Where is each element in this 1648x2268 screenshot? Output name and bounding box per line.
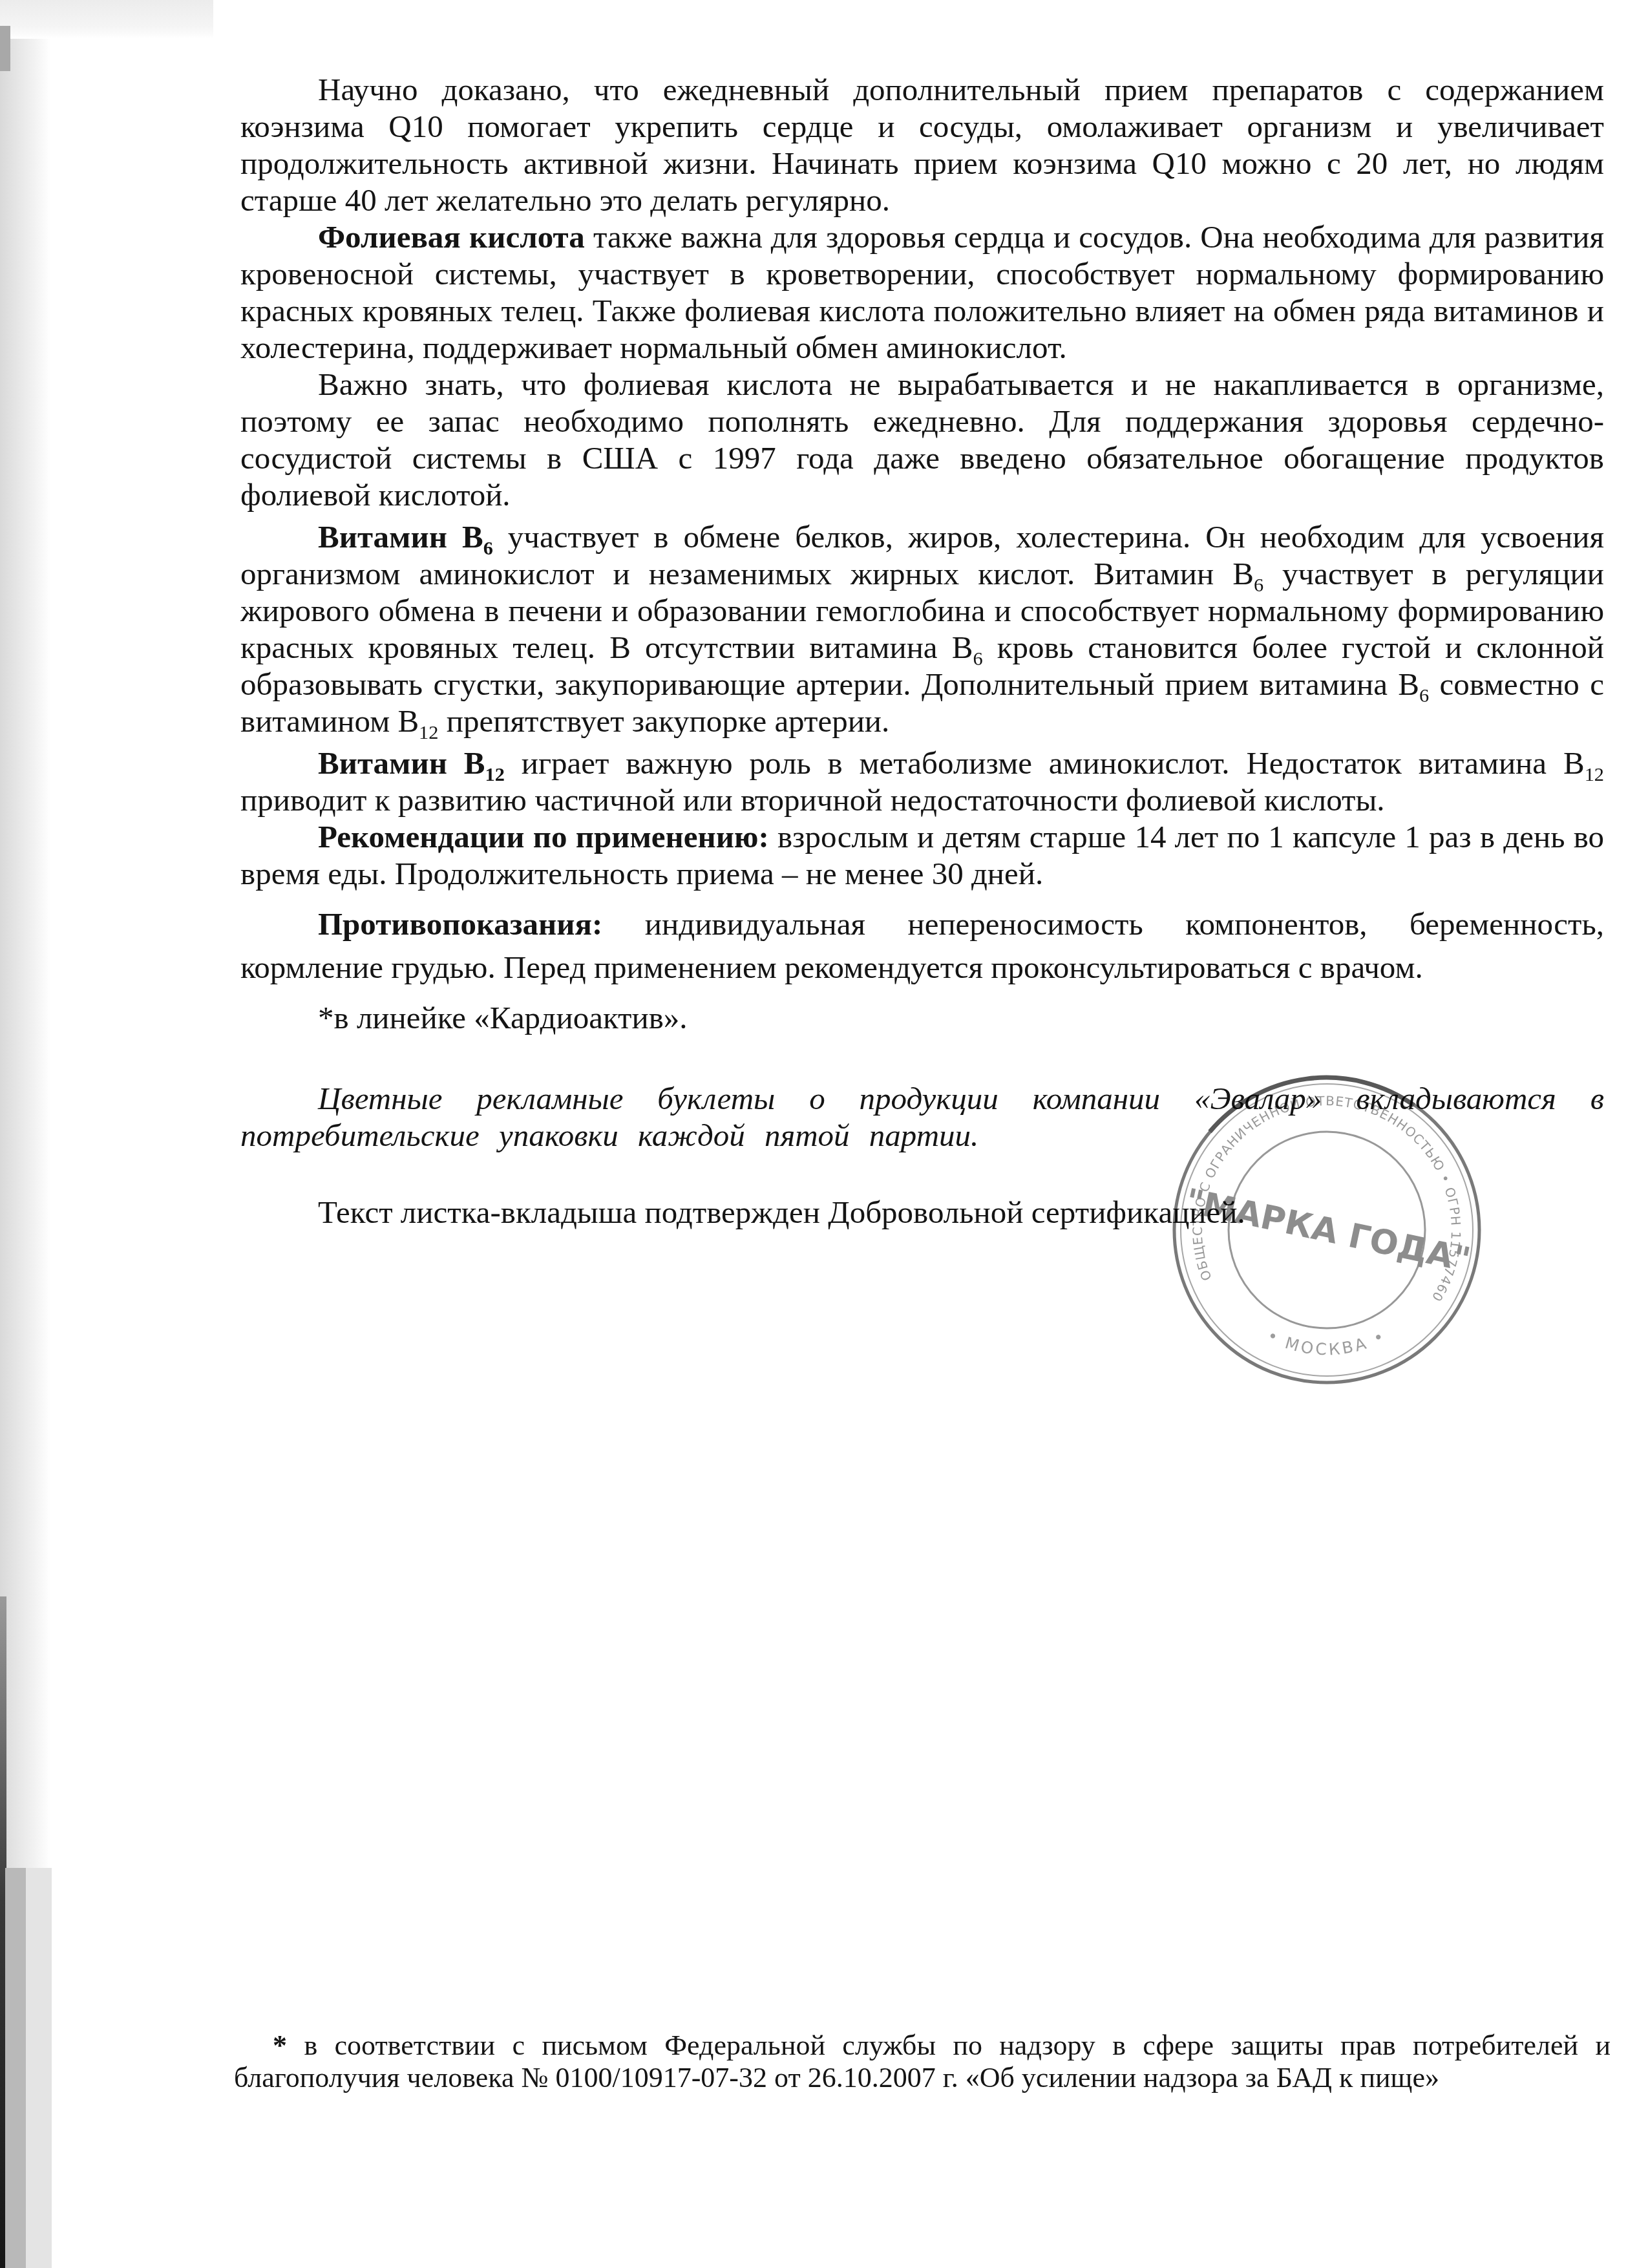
scan-edge-mid-strip bbox=[5, 1868, 26, 2268]
text-run: препятствует закупорке артерии. bbox=[438, 703, 889, 739]
paragraph: Рекомендации по применению: взрослым и д… bbox=[240, 818, 1604, 892]
text-run: Витамин В bbox=[318, 519, 483, 555]
stamp-city-text: • МОСКВА • bbox=[1264, 1326, 1389, 1359]
text-run: * bbox=[273, 2030, 304, 2061]
text-run: *в линейке «Кардиоактив». bbox=[318, 1000, 688, 1035]
paragraph: Витамин В12 играет важную роль в метабол… bbox=[240, 745, 1604, 818]
text-run: Рекомендации по применению: bbox=[318, 819, 769, 854]
scan-edge-top-artifact bbox=[0, 0, 213, 39]
document-page: Научно доказано, что ежедневный дополнит… bbox=[0, 0, 1648, 2268]
certification-stamp: ОБЩЕСТВО С ОГРАНИЧЕННОЙ ОТВЕТСТВЕННОСТЬЮ… bbox=[1165, 1068, 1488, 1392]
paragraph: Витамин В6 участвует в обмене белков, жи… bbox=[240, 518, 1604, 739]
text-run: Фолиевая кислота bbox=[318, 219, 585, 255]
text-run: приводит к развитию частичной или вторич… bbox=[240, 782, 1385, 818]
text-run: в соответствии с письмом Федеральной слу… bbox=[234, 2030, 1611, 2093]
text-run: Важно знать, что фолиевая кислота не выр… bbox=[240, 366, 1604, 513]
text-run: 6 bbox=[1419, 684, 1429, 706]
paragraph: Противопоказания: индивидуальная неперен… bbox=[240, 902, 1604, 989]
document-body: Научно доказано, что ежедневный дополнит… bbox=[240, 71, 1604, 1231]
text-run: играет важную роль в метаболизме аминоки… bbox=[505, 745, 1585, 781]
footnote: * в соответствии с письмом Федеральной с… bbox=[234, 2030, 1611, 2094]
text-run: Витамин В bbox=[318, 745, 485, 781]
stamp-center-text: "МАРКА ГОДА" bbox=[1182, 1182, 1474, 1280]
paragraph: Научно доказано, что ежедневный дополнит… bbox=[240, 71, 1604, 218]
paragraph: Фолиевая кислота также важна для здоровь… bbox=[240, 218, 1604, 366]
text-run: Научно доказано, что ежедневный дополнит… bbox=[240, 72, 1604, 218]
text-run: 12 bbox=[1585, 763, 1604, 785]
text-run: Противопоказания: bbox=[318, 906, 602, 942]
text-run: 12 bbox=[419, 721, 438, 743]
scan-edge-dark-spot bbox=[0, 26, 10, 71]
paragraph: *в линейке «Кардиоактив». bbox=[240, 999, 1604, 1036]
paragraph: Важно знать, что фолиевая кислота не выр… bbox=[240, 366, 1604, 513]
text-run: Текст листка-вкладыша подтвержден Добров… bbox=[318, 1194, 1245, 1230]
scan-edge-light-strip bbox=[26, 1868, 52, 2268]
